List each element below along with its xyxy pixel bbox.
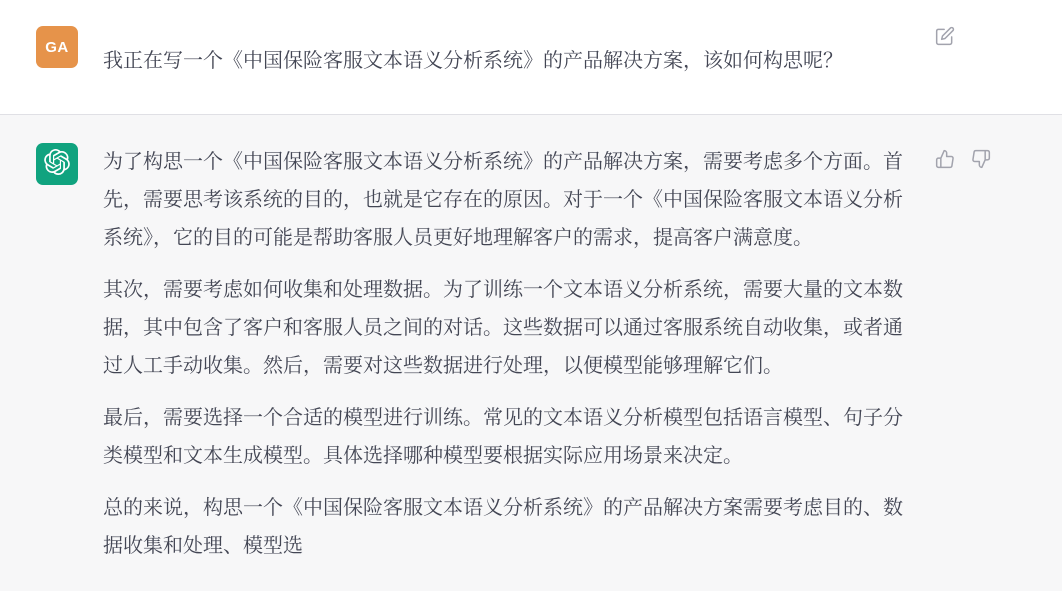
assistant-message-actions xyxy=(935,149,991,171)
user-message-text: 我正在写一个《中国保险客服文本语义分析系统》的产品解决方案，该如何构思呢？ xyxy=(103,46,909,76)
assistant-paragraph: 为了构思一个《中国保险客服文本语义分析系统》的产品解决方案，需要考虑多个方面。首… xyxy=(103,143,909,257)
thumbs-down-button[interactable] xyxy=(971,149,991,171)
chat-thread: GA 我正在写一个《中国保险客服文本语义分析系统》的产品解决方案，该如何构思呢？ xyxy=(0,0,1062,591)
user-avatar: GA xyxy=(36,26,78,68)
assistant-paragraph: 最后，需要选择一个合适的模型进行训练。常见的文本语义分析模型包括语言模型、句子分… xyxy=(103,399,909,475)
thumbs-up-button[interactable] xyxy=(935,149,955,171)
edit-button[interactable] xyxy=(935,26,955,48)
thumbs-up-icon xyxy=(935,149,955,169)
assistant-paragraph: 总的来说，构思一个《中国保险客服文本语义分析系统》的产品解决方案需要考虑目的、数… xyxy=(103,489,909,565)
thumbs-down-icon xyxy=(971,149,991,169)
user-message: GA 我正在写一个《中国保险客服文本语义分析系统》的产品解决方案，该如何构思呢？ xyxy=(0,0,1062,114)
edit-icon xyxy=(935,26,955,46)
assistant-message: 为了构思一个《中国保险客服文本语义分析系统》的产品解决方案，需要考虑多个方面。首… xyxy=(0,114,1062,591)
openai-logo-icon xyxy=(44,149,70,179)
assistant-paragraph: 其次，需要考虑如何收集和处理数据。为了训练一个文本语义分析系统，需要大量的文本数… xyxy=(103,271,909,385)
assistant-message-text: 为了构思一个《中国保险客服文本语义分析系统》的产品解决方案，需要考虑多个方面。首… xyxy=(103,143,909,565)
assistant-avatar xyxy=(36,143,78,185)
user-message-actions xyxy=(935,26,955,48)
